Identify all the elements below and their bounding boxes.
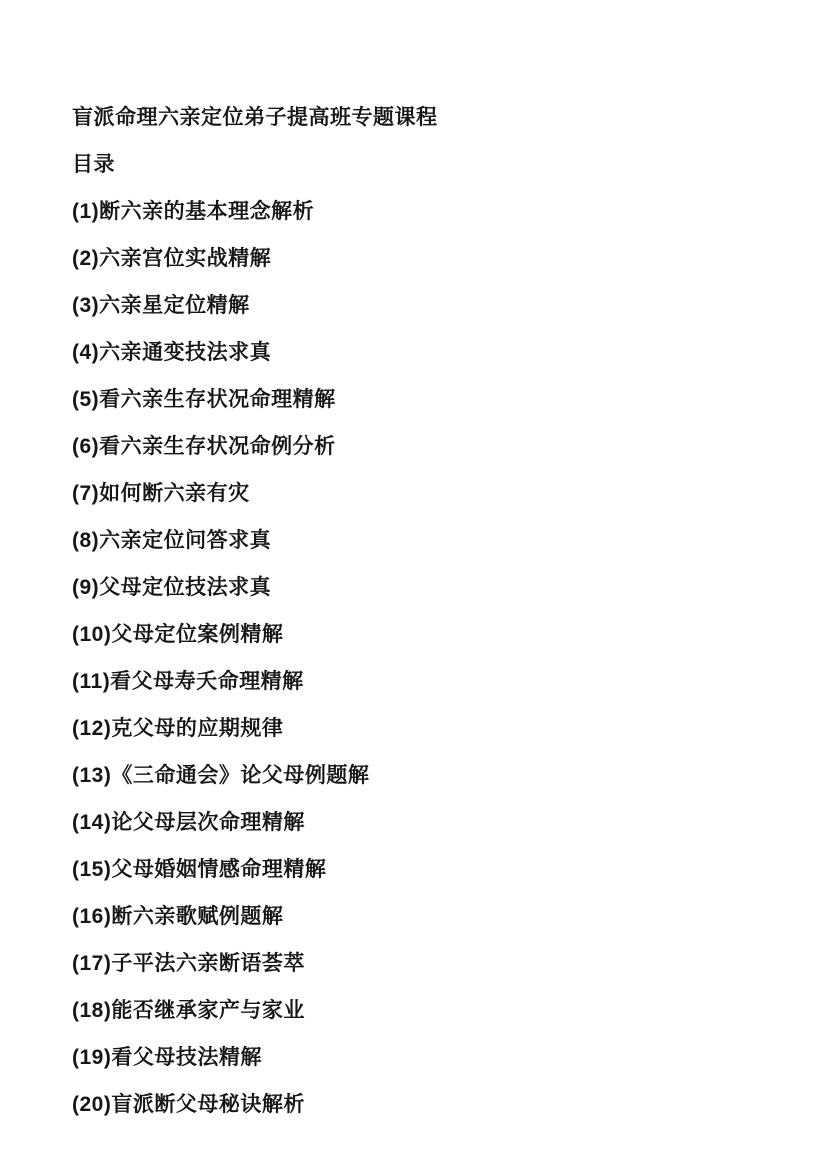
toc-item: (20)盲派断父母秘诀解析 — [72, 1079, 756, 1126]
toc-item: (9)父母定位技法求真 — [72, 562, 756, 609]
document-title: 盲派命理六亲定位弟子提高班专题课程 — [72, 92, 756, 139]
toc-item: (1)断六亲的基本理念解析 — [72, 186, 756, 233]
toc-item: (11)看父母寿夭命理精解 — [72, 656, 756, 703]
toc-item: (15)父母婚姻情感命理精解 — [72, 844, 756, 891]
toc-item: (8)六亲定位问答求真 — [72, 515, 756, 562]
toc-item: (19)看父母技法精解 — [72, 1032, 756, 1079]
toc-item: (3)六亲星定位精解 — [72, 280, 756, 327]
toc-item: (17)子平法六亲断语荟萃 — [72, 938, 756, 985]
toc-list: (1)断六亲的基本理念解析(2)六亲宫位实战精解(3)六亲星定位精解(4)六亲通… — [72, 186, 756, 1126]
document-page: 盲派命理六亲定位弟子提高班专题课程 目录 (1)断六亲的基本理念解析(2)六亲宫… — [0, 0, 816, 1152]
toc-item: (18)能否继承家产与家业 — [72, 985, 756, 1032]
toc-item: (5)看六亲生存状况命理精解 — [72, 374, 756, 421]
toc-item: (12)克父母的应期规律 — [72, 703, 756, 750]
toc-item: (7)如何断六亲有灾 — [72, 468, 756, 515]
toc-item: (13)《三命通会》论父母例题解 — [72, 750, 756, 797]
toc-item: (6)看六亲生存状况命例分析 — [72, 421, 756, 468]
toc-heading: 目录 — [72, 139, 756, 186]
toc-item: (2)六亲宫位实战精解 — [72, 233, 756, 280]
toc-item: (4)六亲通变技法求真 — [72, 327, 756, 374]
toc-item: (14)论父母层次命理精解 — [72, 797, 756, 844]
toc-item: (10)父母定位案例精解 — [72, 609, 756, 656]
toc-item: (16)断六亲歌赋例题解 — [72, 891, 756, 938]
